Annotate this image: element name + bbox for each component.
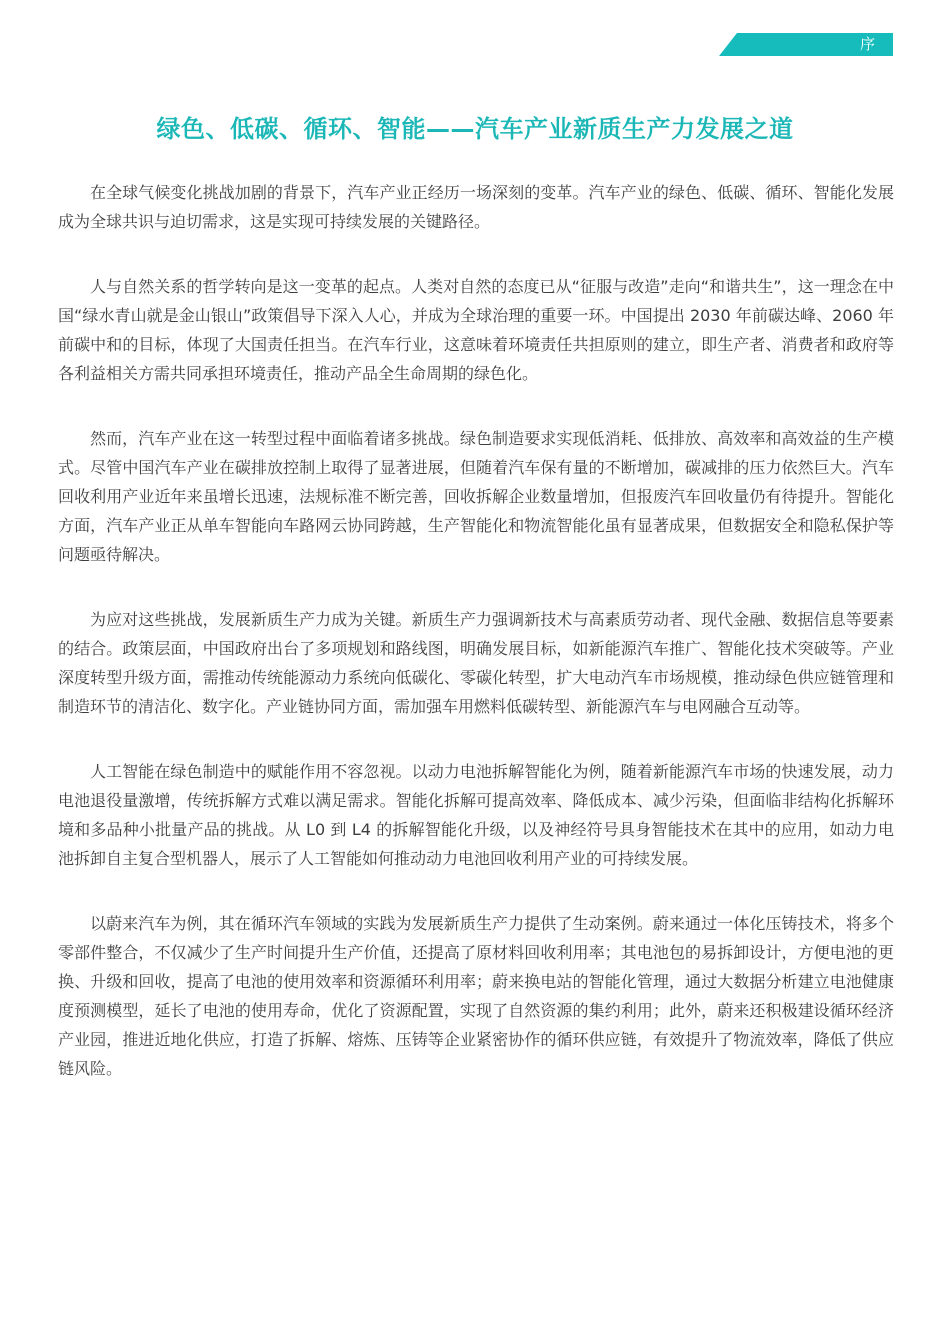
paragraph-4: 为应对这些挑战，发展新质生产力成为关键。新质生产力强调新技术与高素质劳动者、现代… — [58, 605, 894, 721]
page-title: 绿色、低碳、循环、智能——汽车产业新质生产力发展之道 — [0, 113, 950, 145]
paragraph-1: 在全球气候变化挑战加剧的背景下，汽车产业正经历一场深刻的变革。汽车产业的绿色、低… — [58, 178, 894, 236]
paragraph-2: 人与自然关系的哲学转向是这一变革的起点。人类对自然的态度已从“征服与改造”走向“… — [58, 272, 894, 388]
paragraph-5: 人工智能在绿色制造中的赋能作用不容忽视。以动力电池拆解智能化为例，随着新能源汽车… — [58, 757, 894, 873]
section-label: 序 — [860, 35, 875, 54]
paragraph-3: 然而，汽车产业在这一转型过程中面临着诸多挑战。绿色制造要求实现低消耗、低排放、高… — [58, 424, 894, 569]
paragraph-6: 以蔚来汽车为例，其在循环汽车领域的实践为发展新质生产力提供了生动案例。蔚来通过一… — [58, 909, 894, 1083]
section-tab: 序 — [719, 33, 893, 56]
body-text: 在全球气候变化挑战加剧的背景下，汽车产业正经历一场深刻的变革。汽车产业的绿色、低… — [58, 178, 894, 1119]
